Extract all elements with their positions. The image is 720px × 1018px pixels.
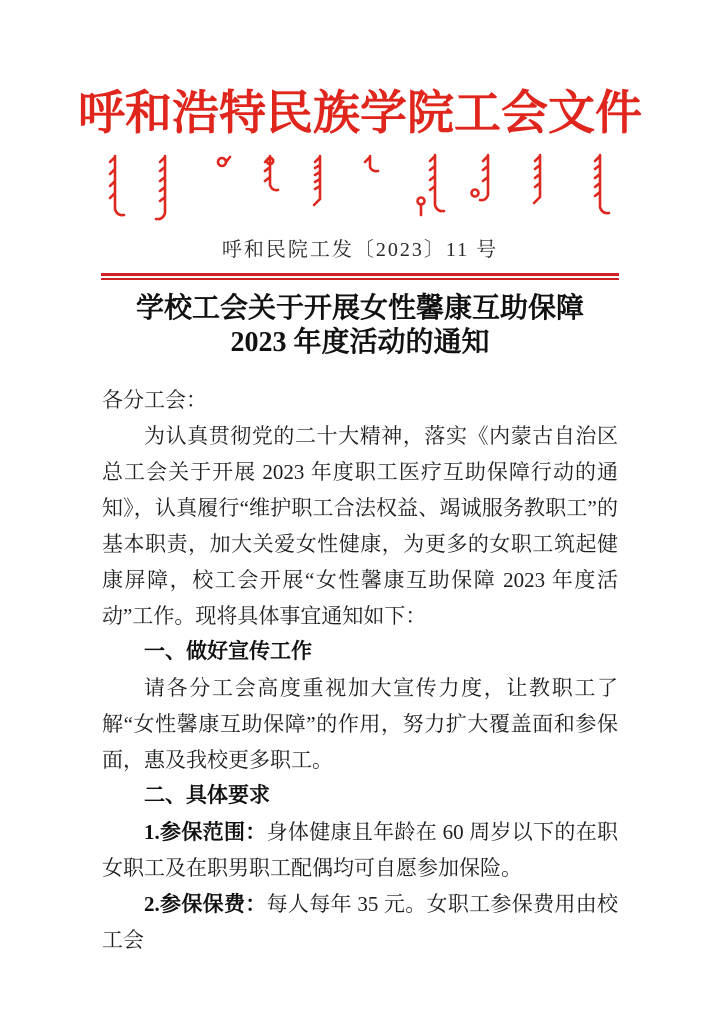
document-page: 呼和浩特民族学院工会文件 — [0, 0, 720, 1018]
mongolian-script-row — [95, 153, 625, 225]
item-1: 1.参保范围：身体健康且年龄在 60 周岁以下的在职女职工及在职男职工配偶均可自… — [102, 814, 618, 886]
section-heading-1: 一、做好宣传工作 — [102, 634, 618, 670]
mongolian-word — [595, 155, 609, 213]
mongolian-word — [534, 155, 540, 203]
document-title-line1: 学校工会关于开展女性馨康互助保障 — [0, 292, 720, 326]
section-heading-2: 二、具体要求 — [102, 778, 618, 814]
intro-paragraph: 为认真贯彻党的二十大精神，落实《内蒙古自治区总工会关于开展 2023 年度职工医… — [102, 418, 618, 634]
document-title: 学校工会关于开展女性馨康互助保障 2023 年度活动的通知 — [0, 292, 720, 360]
section-1-paragraph: 请各分工会高度重视加大宣传力度，让教职工了解“女性馨康互助保障”的作用，努力扩大… — [102, 670, 618, 778]
mongolian-word — [472, 155, 489, 200]
document-body: 各分工会： 为认真贯彻党的二十大精神，落实《内蒙古自治区总工会关于开展 2023… — [102, 382, 618, 958]
doc-number: 呼和民院工发〔2023〕11 号 — [0, 237, 720, 263]
mongolian-word — [218, 157, 230, 166]
mongolian-word — [156, 156, 165, 219]
mongolian-word — [418, 155, 445, 215]
mongolian-word — [265, 156, 278, 190]
item-2-label: 2.参保保费： — [144, 892, 267, 916]
red-header-title: 呼和浩特民族学院工会文件 — [0, 84, 720, 145]
document-title-line2: 2023 年度活动的通知 — [0, 326, 720, 360]
mongolian-word — [110, 156, 124, 215]
red-separator-line — [101, 273, 619, 280]
mongolian-word — [365, 156, 378, 171]
salutation: 各分工会： — [102, 382, 618, 418]
item-1-label: 1.参保范围： — [144, 820, 267, 844]
mongolian-word — [314, 156, 320, 205]
item-2: 2.参保保费：每人每年 35 元。女职工参保费用由校工会 — [102, 886, 618, 958]
